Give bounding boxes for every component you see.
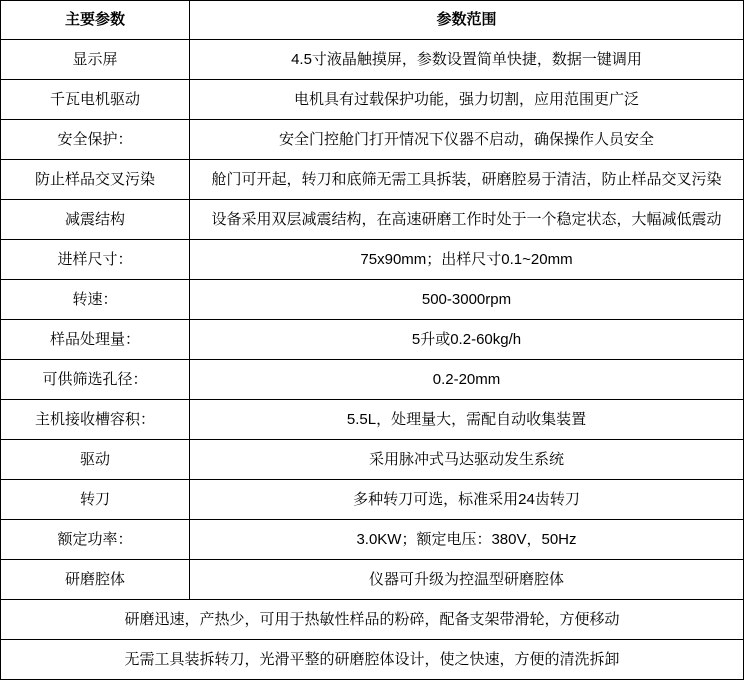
table-row: 研磨腔体仪器可升级为控温型研磨腔体 bbox=[1, 560, 744, 600]
param-value: 舱门可开起，转刀和底筛无需工具拆装，研磨腔易于清洁，防止样品交叉污染 bbox=[190, 160, 744, 200]
param-value: 0.2-20mm bbox=[190, 360, 744, 400]
table-row: 主机接收槽容积：5.5L，处理量大，需配自动收集装置 bbox=[1, 400, 744, 440]
table-row: 进样尺寸：75x90mm；出样尺寸0.1~20mm bbox=[1, 240, 744, 280]
param-label: 样品处理量： bbox=[1, 320, 190, 360]
table-row: 千瓦电机驱动电机具有过载保护功能，强力切割，应用范围更广泛 bbox=[1, 80, 744, 120]
spec-sheet: 主要参数 参数范围 显示屏4.5寸液晶触摸屏，参数设置简单快捷，数据一键调用千瓦… bbox=[0, 0, 745, 681]
table-row: 驱动采用脉冲式马达驱动发生系统 bbox=[1, 440, 744, 480]
footer-row: 无需工具装拆转刀，光滑平整的研磨腔体设计，使之快速，方便的清洗拆卸 bbox=[1, 640, 744, 680]
footer-row: 研磨迅速，产热少，可用于热敏性样品的粉碎，配备支架带滑轮，方便移动 bbox=[1, 600, 744, 640]
param-label: 主机接收槽容积： bbox=[1, 400, 190, 440]
header-row: 主要参数 参数范围 bbox=[1, 1, 744, 40]
table-row: 转速：500-3000rpm bbox=[1, 280, 744, 320]
table-row: 减震结构设备采用双层减震结构，在高速研磨工作时处于一个稳定状态，大幅减低震动 bbox=[1, 200, 744, 240]
param-label: 转速： bbox=[1, 280, 190, 320]
param-value: 安全门控舱门打开情况下仪器不启动，确保操作人员安全 bbox=[190, 120, 744, 160]
param-value: 5升或0.2-60kg/h bbox=[190, 320, 744, 360]
footer-note: 无需工具装拆转刀，光滑平整的研磨腔体设计，使之快速，方便的清洗拆卸 bbox=[1, 640, 744, 680]
param-value: 采用脉冲式马达驱动发生系统 bbox=[190, 440, 744, 480]
param-value: 4.5寸液晶触摸屏，参数设置简单快捷，数据一键调用 bbox=[190, 40, 744, 80]
param-value: 500-3000rpm bbox=[190, 280, 744, 320]
param-label: 千瓦电机驱动 bbox=[1, 80, 190, 120]
table-row: 防止样品交叉污染舱门可开起，转刀和底筛无需工具拆装，研磨腔易于清洁，防止样品交叉… bbox=[1, 160, 744, 200]
param-label: 额定功率： bbox=[1, 520, 190, 560]
spec-table: 主要参数 参数范围 显示屏4.5寸液晶触摸屏，参数设置简单快捷，数据一键调用千瓦… bbox=[0, 0, 744, 680]
header-param-range: 参数范围 bbox=[190, 1, 744, 40]
spec-table-body: 显示屏4.5寸液晶触摸屏，参数设置简单快捷，数据一键调用千瓦电机驱动电机具有过载… bbox=[1, 40, 744, 680]
param-label: 减震结构 bbox=[1, 200, 190, 240]
param-value: 3.0KW；额定电压：380V，50Hz bbox=[190, 520, 744, 560]
param-label: 研磨腔体 bbox=[1, 560, 190, 600]
param-value: 5.5L，处理量大，需配自动收集装置 bbox=[190, 400, 744, 440]
param-label: 安全保护： bbox=[1, 120, 190, 160]
header-main-params: 主要参数 bbox=[1, 1, 190, 40]
param-value: 仪器可升级为控温型研磨腔体 bbox=[190, 560, 744, 600]
param-label: 可供筛选孔径： bbox=[1, 360, 190, 400]
param-label: 显示屏 bbox=[1, 40, 190, 80]
param-value: 设备采用双层减震结构，在高速研磨工作时处于一个稳定状态，大幅减低震动 bbox=[190, 200, 744, 240]
table-row: 样品处理量：5升或0.2-60kg/h bbox=[1, 320, 744, 360]
param-label: 进样尺寸： bbox=[1, 240, 190, 280]
param-label: 防止样品交叉污染 bbox=[1, 160, 190, 200]
param-value: 电机具有过载保护功能，强力切割，应用范围更广泛 bbox=[190, 80, 744, 120]
param-value: 多种转刀可选，标准采用24齿转刀 bbox=[190, 480, 744, 520]
footer-note: 研磨迅速，产热少，可用于热敏性样品的粉碎，配备支架带滑轮，方便移动 bbox=[1, 600, 744, 640]
table-row: 额定功率：3.0KW；额定电压：380V，50Hz bbox=[1, 520, 744, 560]
param-label: 驱动 bbox=[1, 440, 190, 480]
table-row: 可供筛选孔径：0.2-20mm bbox=[1, 360, 744, 400]
table-row: 安全保护：安全门控舱门打开情况下仪器不启动，确保操作人员安全 bbox=[1, 120, 744, 160]
table-row: 显示屏4.5寸液晶触摸屏，参数设置简单快捷，数据一键调用 bbox=[1, 40, 744, 80]
table-row: 转刀多种转刀可选，标准采用24齿转刀 bbox=[1, 480, 744, 520]
param-label: 转刀 bbox=[1, 480, 190, 520]
param-value: 75x90mm；出样尺寸0.1~20mm bbox=[190, 240, 744, 280]
